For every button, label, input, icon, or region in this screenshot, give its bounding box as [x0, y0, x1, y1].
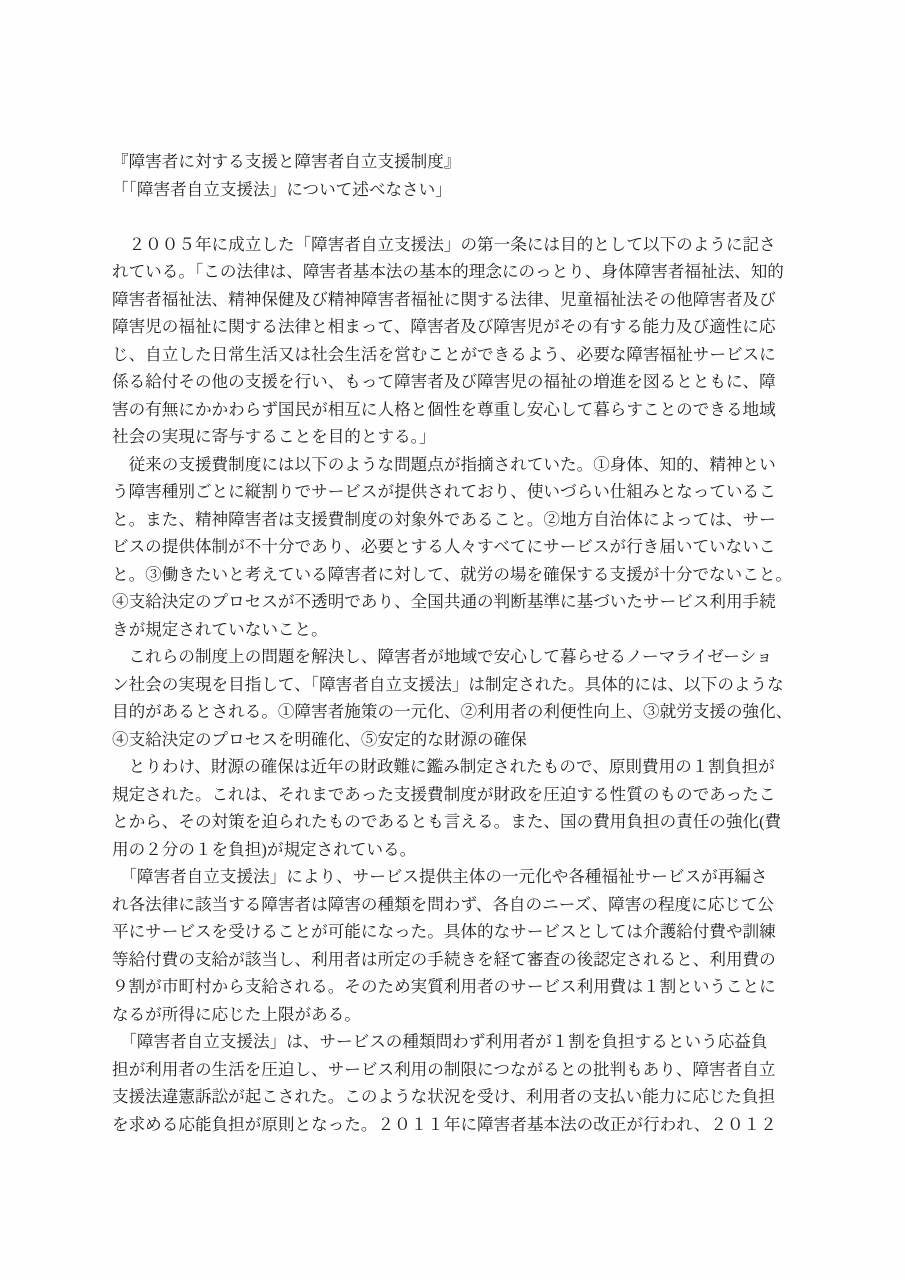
text-line: 目的があるとされる。①障害者施策の一元化、②利用者の利便性向上、③就労支援の強化… — [112, 698, 802, 726]
text-line: 従来の支援費制度には以下のような問題点が指摘されていた。①身体、知的、精神とい — [112, 451, 802, 479]
text-line: ９割が市町村から支給される。そのため実質利用者のサービス利用費は１割ということに — [112, 973, 802, 1001]
paragraph-2: 従来の支援費制度には以下のような問題点が指摘されていた。①身体、知的、精神という… — [112, 451, 802, 644]
blank-line — [112, 203, 802, 231]
text-line: う障害種別ごとに縦割りでサービスが提供されており、使いづらい仕組みとなっているこ — [112, 478, 802, 506]
document-page: 『障害者に対する支援と障害者自立支援制度』 「「障害者自立支援法」について述べな… — [0, 0, 905, 1280]
text-line: 社会の実現に寄与することを目的とする。」 — [112, 423, 802, 451]
text-line: これらの制度上の問題を解決し、障害者が地域で安心して暮らせるノーマライゼーショ — [112, 643, 802, 671]
text-line: 用の２分の１を負担)が規定されている。 — [112, 836, 802, 864]
text-line: 担が利用者の生活を圧迫し、サービス利用の制限につながるとの批判もあり、障害者自立 — [112, 1056, 802, 1084]
text-line: 障害児の福祉に関する法律と相まって、障害者及び障害児がその有する能力及び適性に応 — [112, 313, 802, 341]
paragraph-3: これらの制度上の問題を解決し、障害者が地域で安心して暮らせるノーマライゼーション… — [112, 643, 802, 753]
text-line: 係る給付その他の支援を行い、もって障害者及び障害児の福祉の増進を図るとともに、障 — [112, 368, 802, 396]
text-line: を求める応能負担が原則となった。２０１１年に障害者基本法の改正が行われ、２０１２ — [112, 1111, 802, 1139]
essay-title-line-2: 「「障害者自立支援法」について述べなさい」 — [112, 176, 802, 204]
text-line: 等給付費の支給が該当し、利用者は所定の手続きを経て審査の後認定されると、利用費の — [112, 946, 802, 974]
text-line: じ、自立した日常生活又は社会生活を営むことができるよう、必要な障害福祉サービスに — [112, 341, 802, 369]
text-line: ン社会の実現を目指して、「障害者自立支援法」は制定された。具体的には、以下のよう… — [112, 671, 802, 699]
essay-body: ２００５年に成立した「障害者自立支援法」の第一条には目的として以下のように記され… — [112, 231, 802, 1139]
text-line: 平にサービスを受けることが可能になった。具体的なサービスとしては介護給付費や訓練 — [112, 918, 802, 946]
paragraph-1: ２００５年に成立した「障害者自立支援法」の第一条には目的として以下のように記され… — [112, 231, 802, 451]
text-line: れ各法律に該当する障害者は障害の種類を問わず、各自のニーズ、障害の程度に応じて公 — [112, 891, 802, 919]
text-line: と。③働きたいと考えている障害者に対して、就労の場を確保する支援が十分でないこと… — [112, 561, 802, 589]
paragraph-6: 「障害者自立支援法」は、サービスの種類問わず利用者が１割を負担するという応益負担… — [112, 1028, 802, 1138]
text-line: きが規定されていないこと。 — [112, 616, 802, 644]
essay-title-line-1: 『障害者に対する支援と障害者自立支援制度』 — [112, 148, 802, 176]
text-line: ビスの提供体制が不十分であり、必要とする人々すべてにサービスが行き届いていないこ — [112, 533, 802, 561]
text-line: ④支給決定のプロセスを明確化、⑤安定的な財源の確保 — [112, 726, 802, 754]
text-line: 「障害者自立支援法」は、サービスの種類問わず利用者が１割を負担するという応益負 — [112, 1028, 802, 1056]
text-line: と。また、精神障害者は支援費制度の対象外であること。②地方自治体によっては、サー — [112, 506, 802, 534]
paragraph-5: 「障害者自立支援法」により、サービス提供主体の一元化や各種福祉サービスが再編され… — [112, 863, 802, 1028]
text-line: 「障害者自立支援法」により、サービス提供主体の一元化や各種福祉サービスが再編さ — [112, 863, 802, 891]
text-line: 障害者福祉法、精神保健及び精神障害者福祉に関する法律、児童福祉法その他障害者及び — [112, 286, 802, 314]
text-line: ④支給決定のプロセスが不透明であり、全国共通の判断基準に基づいたサービス利用手続 — [112, 588, 802, 616]
text-line: れている。「この法律は、障害者基本法の基本的理念にのっとり、身体障害者福祉法、知… — [112, 258, 802, 286]
text-line: なるが所得に応じた上限がある。 — [112, 1001, 802, 1029]
text-line: ２００５年に成立した「障害者自立支援法」の第一条には目的として以下のように記さ — [112, 231, 802, 259]
essay-text-block: 『障害者に対する支援と障害者自立支援制度』 「「障害者自立支援法」について述べな… — [112, 148, 802, 1138]
paragraph-4: とりわけ、財源の確保は近年の財政難に鑑み制定されたもので、原則費用の１割負担が規… — [112, 753, 802, 863]
text-line: とりわけ、財源の確保は近年の財政難に鑑み制定されたもので、原則費用の１割負担が — [112, 753, 802, 781]
text-line: とから、その対策を迫られたものであるとも言える。また、国の費用負担の責任の強化(… — [112, 808, 802, 836]
text-line: 支援法違憲訴訟が起こされた。このような状況を受け、利用者の支払い能力に応じた負担 — [112, 1083, 802, 1111]
text-line: 規定された。これは、それまであった支援費制度が財政を圧迫する性質のものであったこ — [112, 781, 802, 809]
text-line: 害の有無にかかわらず国民が相互に人格と個性を尊重し安心して暮らすことのできる地域 — [112, 396, 802, 424]
